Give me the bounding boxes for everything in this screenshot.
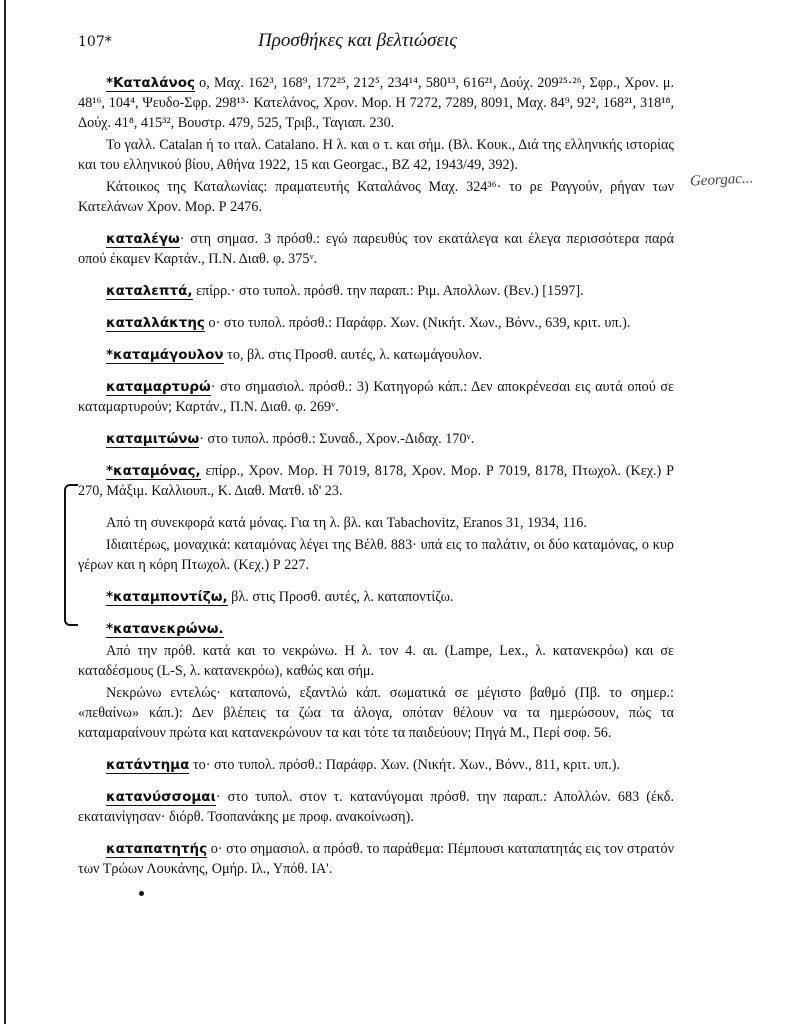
entry-katamonas-etymology: Από τη συνεκφορά κατά μόνας. Για τη λ. β… xyxy=(78,513,674,533)
entry-text: το· στο τυπολ. πρόσθ.: Παράφρ. Χων. (Νικ… xyxy=(189,757,620,773)
entry-katanekrono-sense: Νεκρώνω εντελώς· καταπονώ, εξαντλώ κάπ. … xyxy=(78,683,674,743)
entry-text: Από την πρόθ. κατά και το νεκρώνω. Η λ. … xyxy=(78,643,674,679)
lemma: *Καταλάνος xyxy=(106,75,195,92)
entry-katamagoulon: *καταμάγουλον το, βλ. στις Προσθ. αυτές,… xyxy=(78,345,674,365)
entry-katalanos-etymology: Το γαλλ. Catalan ή το ιταλ. Catalano. Η … xyxy=(78,135,674,175)
lemma: κατανύσσομαι xyxy=(106,789,216,806)
entry-katamonas-sense: Ιδιαιτέρως, μοναχικά: καταμόνας λέγει τη… xyxy=(78,535,674,575)
lemma: καταμιτώνω xyxy=(106,431,199,448)
entry-katamonas: *καταμόνας, επίρρ., Χρον. Μορ. Η 7019, 8… xyxy=(78,461,674,501)
entry-katamitono: καταμιτώνω· στο τυπολ. πρόσθ.: Συναδ., Χ… xyxy=(78,429,674,449)
page-header: 107* Προσθήκες και βελτιώσεις xyxy=(78,34,718,58)
entry-katapatitis: καταπατητής ο· στο σημασιολ. α πρόσθ. το… xyxy=(78,839,674,879)
lemma: *καταμάγουλον xyxy=(106,347,224,364)
lemma: καταλέγω xyxy=(106,231,180,248)
entry-katalanos-sense: Κάτοικος της Καταλωνίας: πραματευτής Κατ… xyxy=(78,177,674,217)
entry-text: · στο τυπολ. πρόσθ.: Συναδ., Χρον.-Διδαχ… xyxy=(199,431,474,447)
lemma: καταπατητής xyxy=(106,841,207,858)
page-number: 107* xyxy=(78,34,112,50)
scan-edge-line xyxy=(4,0,6,1024)
ink-dot-mark xyxy=(139,891,144,896)
lemma: καταλλάκτης xyxy=(106,315,205,332)
entry-katalanos: *Καταλάνος ο, Μαχ. 162³, 168⁹, 172²⁵, 21… xyxy=(78,73,674,133)
entry-text: Ιδιαιτέρως, μοναχικά: καταμόνας λέγει τη… xyxy=(78,537,674,573)
entry-text: Κάτοικος της Καταλωνίας: πραματευτής Κατ… xyxy=(78,179,674,215)
lemma: κατάντημα xyxy=(106,757,189,774)
entry-katanyssomai: κατανύσσομαι· στο τυπολ. στον τ. κατανύγ… xyxy=(78,787,674,827)
entry-katamartyro: καταμαρτυρώ· στο σημασιολ. πρόσθ.: 3) Κα… xyxy=(78,377,674,417)
entry-text: βλ. στις Προσθ. αυτές, λ. καταποντίζω. xyxy=(228,589,454,605)
lemma: *καταμόνας, xyxy=(106,463,201,480)
entry-text: Το γαλλ. Catalan ή το ιταλ. Catalano. Η … xyxy=(78,137,674,173)
handwritten-bracket-mark xyxy=(64,484,78,626)
running-title: Προσθήκες και βελτιώσεις xyxy=(258,30,457,52)
handwritten-margin-note: Georgac... xyxy=(690,170,754,190)
entry-text: το, βλ. στις Προσθ. αυτές, λ. κατωμάγουλ… xyxy=(224,347,483,363)
lemma: καταμαρτυρώ xyxy=(106,379,211,396)
entry-katalego: καταλέγω· στη σημασ. 3 πρόσθ.: εγώ παρευ… xyxy=(78,229,674,269)
lemma: *κατανεκρώνω. xyxy=(106,621,224,638)
entry-katantima: κατάντημα το· στο τυπολ. πρόσθ.: Παράφρ.… xyxy=(78,755,674,775)
entry-katallaktis: καταλλάκτης ο· στο τυπολ. πρόσθ.: Παράφρ… xyxy=(78,313,674,333)
entry-text: Νεκρώνω εντελώς· καταπονώ, εξαντλώ κάπ. … xyxy=(78,685,674,741)
entry-kataleptaa: καταλεπτά, επίρρ.· στο τυπολ. πρόσθ. την… xyxy=(78,281,674,301)
entry-text: ο· στο τυπολ. πρόσθ.: Παράφρ. Χων. (Νική… xyxy=(205,315,630,331)
lemma: *καταμποντίζω, xyxy=(106,589,228,606)
entry-text: Από τη συνεκφορά κατά μόνας. Για τη λ. β… xyxy=(106,515,587,531)
lemma: καταλεπτά, xyxy=(106,283,193,300)
dictionary-entries: *Καταλάνος ο, Μαχ. 162³, 168⁹, 172²⁵, 21… xyxy=(78,73,674,891)
entry-katanekrono: *κατανεκρώνω. xyxy=(78,619,674,639)
entry-katampontizo: *καταμποντίζω, βλ. στις Προσθ. αυτές, λ.… xyxy=(78,587,674,607)
entry-text: επίρρ.· στο τυπολ. πρόσθ. την παραπ.: Ρι… xyxy=(193,283,584,299)
entry-katanekrono-etymology: Από την πρόθ. κατά και το νεκρώνω. Η λ. … xyxy=(78,641,674,681)
